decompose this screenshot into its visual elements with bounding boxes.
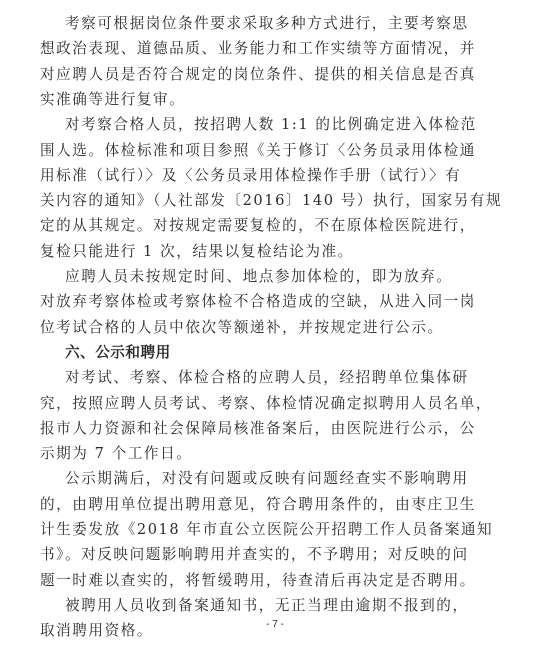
- paragraph-line: 究，按照应聘人员考试、考察、体检情况确定拟聘用人员名单，: [40, 394, 492, 414]
- paragraph-line: 应聘人员未按规定时间、地点参加体检的，即为放弃。: [65, 267, 452, 287]
- paragraph-line: 复检只能进行 1 次，结果以复检结论为准。: [40, 242, 354, 262]
- paragraph-line: 对考察合格人员，按招聘人数 1:1 的比例确定进入体检范: [65, 115, 477, 135]
- section-heading: 六、公示和聘用: [65, 343, 171, 363]
- paragraph-line: 定的从其规定。对按规定需要复检的，不在原体检医院进行，: [40, 216, 476, 236]
- paragraph-line: 题一时难以查实的，将暂缓聘用，待查清后再决定是否聘用。: [40, 571, 476, 591]
- paragraph-line: 报市人力资源和社会保障局核准备案后，由医院进行公示，公: [40, 419, 476, 439]
- paragraph-line: 实准确等进行复审。: [40, 90, 185, 110]
- page-number: - 7 -: [0, 619, 550, 630]
- paragraph-line: 计生委发放《2018 年市直公立医院公开招聘工作人员备案通知: [40, 520, 493, 540]
- paragraph-line: 对放弃考察体检或考察体检不合格造成的空缺，从进入同一岗: [40, 292, 476, 312]
- paragraph-line: 对考试、考察、体检合格的应聘人员，经招聘单位集体研: [65, 368, 469, 388]
- paragraph-line: 想政治表现、道德品质、业务能力和工作实绩等方面情况，并: [40, 39, 476, 59]
- paragraph-line: 对应聘人员是否符合规定的岗位条件、提供的相关信息是否真: [40, 65, 476, 85]
- paragraph-line: 被聘用人员收到备案通知书，无正当理由逾期不报到的，: [65, 596, 469, 616]
- paragraph-line: 考察可根据岗位条件要求采取多种方式进行，主要考察思: [65, 14, 469, 34]
- paragraph-line: 位考试合格的人员中依次等额递补，并按规定进行公示。: [40, 318, 444, 338]
- paragraph-line: 的，由聘用单位提出聘用意见，符合聘用条件的，由枣庄卫生: [40, 495, 476, 515]
- paragraph-line: 公示期满后，对没有问题或反映有问题经查实不影响聘用: [65, 469, 469, 489]
- paragraph-line: 示期为 7 个工作日。: [40, 444, 192, 464]
- paragraph-line: 用标准（试行）〉及〈公务员录用体检操作手册（试行）〉有: [40, 166, 461, 186]
- paragraph-line: 书》。对反映问题影响聘用并查实的，不予聘用；对反映的问: [40, 545, 469, 565]
- paragraph-line: 围人选。体检标准和项目参照《关于修订〈公务员录用体检通: [40, 141, 476, 161]
- paragraph-line: 关内容的通知》（人社部发〔2016〕140 号）执行，国家另有规: [40, 191, 502, 211]
